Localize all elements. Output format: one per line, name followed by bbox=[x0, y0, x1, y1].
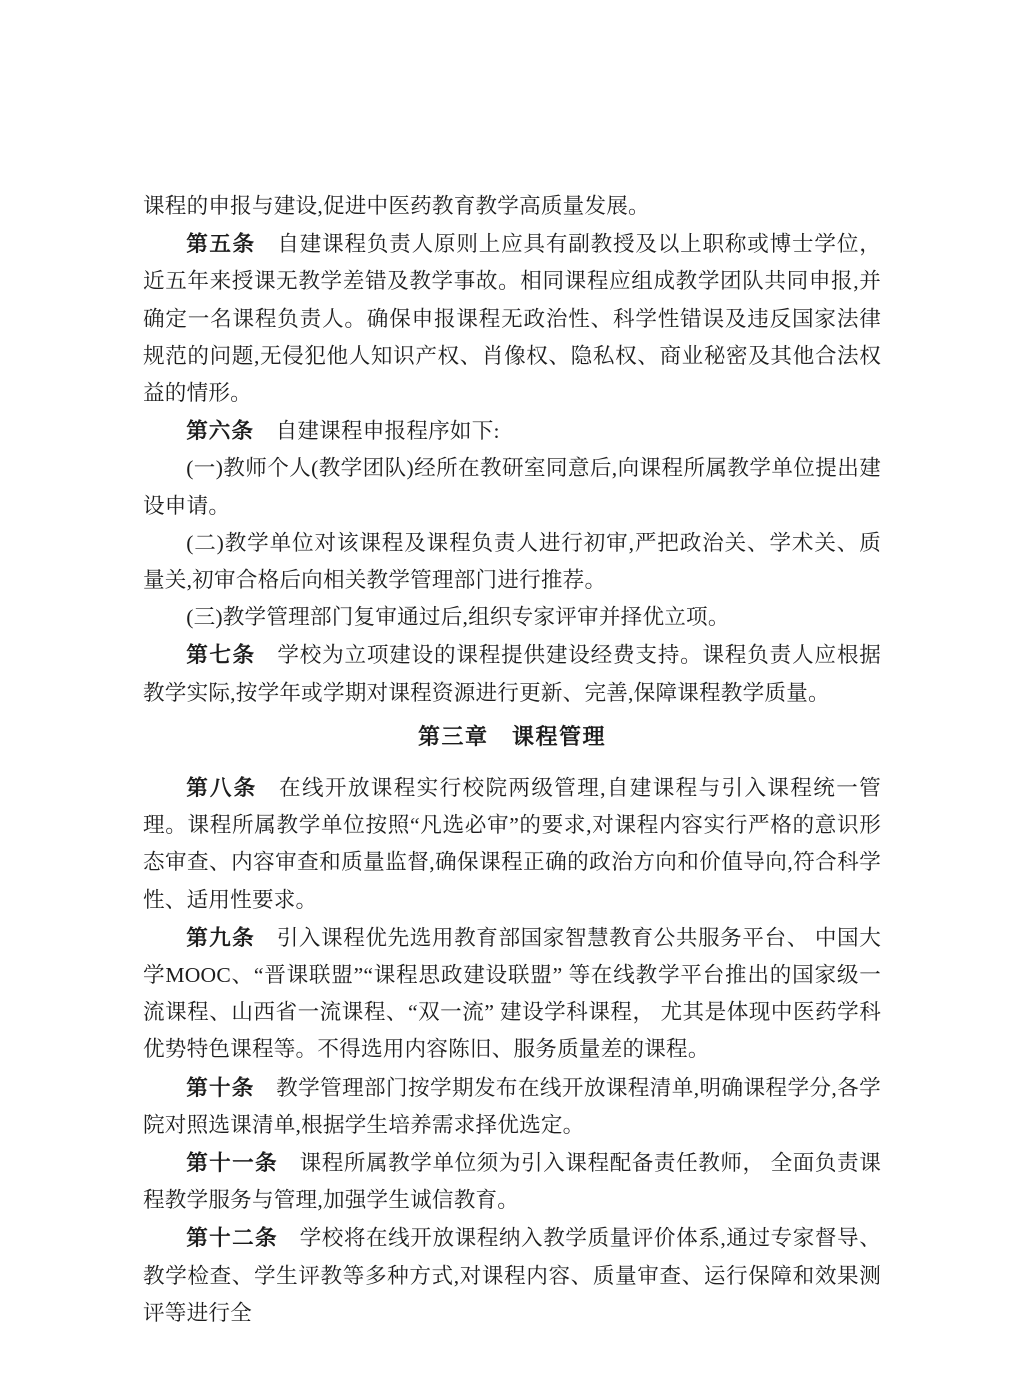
document-page: 课程的申报与建设,促进中医药教育教学高质量发展。 第五条自建课程负责人原则上应具… bbox=[0, 0, 1024, 1379]
paragraph-continuation: 课程的申报与建设,促进中医药教育教学高质量发展。 bbox=[143, 188, 881, 225]
paragraph-article-8: 第八条在线开放课程实行校院两级管理,自建课程与引入课程统一管理。课程所属教学单位… bbox=[143, 769, 881, 919]
paragraph-text: (一)教师个人(教学团队)经所在教研室同意后,向课程所属教学单位提出建设申请。 bbox=[143, 456, 881, 517]
paragraph-text: 课程的申报与建设,促进中医药教育教学高质量发展。 bbox=[143, 194, 650, 218]
paragraph-text: 自建课程负责人原则上应具有副教授及以上职称或博士学位， 近五年来授课无教学差错及… bbox=[143, 232, 881, 405]
article-number: 第六条 bbox=[186, 418, 254, 443]
paragraph-article-6: 第六条自建课程申报程序如下: bbox=[143, 412, 881, 450]
paragraph-text: 自建课程申报程序如下: bbox=[276, 419, 500, 443]
paragraph-text: (三)教学管理部门复审通过后,组织专家评审并择优立项。 bbox=[186, 605, 729, 629]
paragraph-article-7: 第七条学校为立项建设的课程提供建设经费支持。课程负责人应根据教学实际,按学年或学… bbox=[143, 636, 881, 711]
paragraph-article-11: 第十一条课程所属教学单位须为引入课程配备责任教师， 全面负责课程教学服务与管理,… bbox=[143, 1144, 881, 1219]
paragraph-item-1: (一)教师个人(教学团队)经所在教研室同意后,向课程所属教学单位提出建设申请。 bbox=[143, 450, 881, 524]
paragraph-item-2: (二)教学单位对该课程及课程负责人进行初审,严把政治关、学术关、质量关,初审合格… bbox=[143, 525, 881, 599]
paragraph-article-10: 第十条教学管理部门按学期发布在线开放课程清单,明确课程学分,各学院对照选课清单,… bbox=[143, 1069, 881, 1144]
article-number: 第八条 bbox=[186, 775, 257, 800]
article-number: 第五条 bbox=[186, 231, 256, 256]
paragraph-article-12: 第十二条学校将在线开放课程纳入教学质量评价体系,通过专家督导、教学检查、学生评教… bbox=[143, 1219, 881, 1332]
paragraph-article-9: 第九条引入课程优先选用教育部国家智慧教育公共服务平台、 中国大学MOOC、“晋课… bbox=[143, 919, 881, 1069]
article-number: 第七条 bbox=[186, 642, 256, 667]
article-number: 第十条 bbox=[186, 1075, 254, 1100]
paragraph-item-3: (三)教学管理部门复审通过后,组织专家评审并择优立项。 bbox=[143, 599, 881, 636]
article-number: 第十一条 bbox=[186, 1150, 278, 1175]
article-number: 第九条 bbox=[186, 925, 255, 950]
chapter-heading: 第三章 课程管理 bbox=[143, 718, 881, 755]
article-number: 第十二条 bbox=[186, 1225, 278, 1250]
paragraph-article-5: 第五条自建课程负责人原则上应具有副教授及以上职称或博士学位， 近五年来授课无教学… bbox=[143, 225, 881, 412]
paragraph-text: (二)教学单位对该课程及课程负责人进行初审,严把政治关、学术关、质量关,初审合格… bbox=[143, 531, 881, 592]
